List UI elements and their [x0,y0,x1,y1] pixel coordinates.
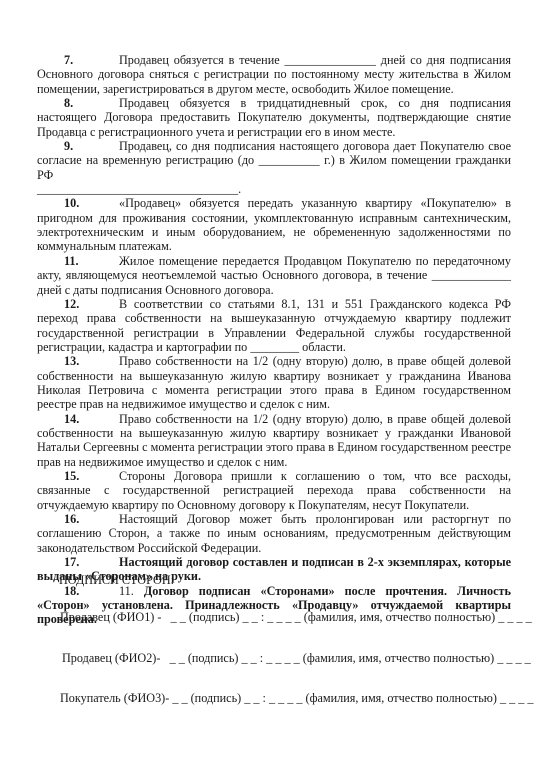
clause-number: 13. [37,354,119,368]
clause-number: 9. [37,139,119,153]
signature-line-seller-2: Продавец (ФИО2)- _ _ (подпись) _ _ : _ _… [62,651,531,665]
blank-field-days[interactable]: _____________ [432,268,511,282]
signature-role: Покупатель (ФИО3)- [60,691,169,705]
clause-number: 15. [37,469,119,483]
blank-field-citizen-name[interactable]: _________________________________. [37,182,511,196]
clause-number: 10. [37,196,119,210]
signatures-heading: ПОДПИСИ СТОРОН: [59,573,174,587]
clause-text: области. [299,340,346,354]
document-page: 7.Продавец обязуется в течение _________… [0,0,543,768]
clause-number: 17. [37,555,119,569]
signature-fields[interactable]: _ _ (подпись) _ _ : _ _ _ _ (фамилия, им… [169,691,533,705]
clause-number: 14. [37,412,119,426]
contract-body: 7.Продавец обязуется в течение _________… [37,53,511,627]
clause-14: 14.Право собственности на 1/2 (одну втор… [37,412,511,469]
signature-line-seller-1: Продавец (ФИО1) - _ _ (подпись) _ _ : _ … [60,610,532,624]
signature-fields[interactable]: _ _ (подпись) _ _ : _ _ _ _ (фамилия, им… [160,651,530,665]
signature-role: Продавец (ФИО2)- [62,651,160,665]
clause-number: 11. [37,254,119,268]
blank-field-region[interactable]: ________ [250,340,299,354]
signature-fields[interactable]: _ _ (подпись) _ _ : _ _ _ _ (фамилия, им… [161,610,531,624]
clause-text: Продавец обязуется в течение [119,53,285,67]
signature-line-buyer: Покупатель (ФИО3)- _ _ (подпись) _ _ : _… [60,691,534,705]
clause-10: 10.«Продавец» обязуется передать указанн… [37,196,511,253]
clause-number: 12. [37,297,119,311]
clause-16: 16.Настоящий Договор может быть пролонги… [37,512,511,555]
blank-field-date[interactable]: __________ [259,153,320,167]
clause-13: 13.Право собственности на 1/2 (одну втор… [37,354,511,411]
clause-number: 16. [37,512,119,526]
clause-number: 7. [37,53,119,67]
clause-8: 8.Продавец обязуется в тридцатидневный с… [37,96,511,139]
clause-number: 8. [37,96,119,110]
clause-12: 12.В соответствии со статьями 8.1, 131 и… [37,297,511,354]
clause-text: дней с даты подписания Основного договор… [37,283,274,297]
signature-role: Продавец (ФИО1) - [60,610,161,624]
clause-11: 11.Жилое помещение передается Продавцом … [37,254,511,297]
clause-15: 15.Стороны Договора пришли к соглашению … [37,469,511,512]
clause-9: 9.Продавец, со дня подписания настоящего… [37,139,511,196]
blank-field-days[interactable]: _______________ [285,53,376,67]
clause-7: 7.Продавец обязуется в течение _________… [37,53,511,96]
